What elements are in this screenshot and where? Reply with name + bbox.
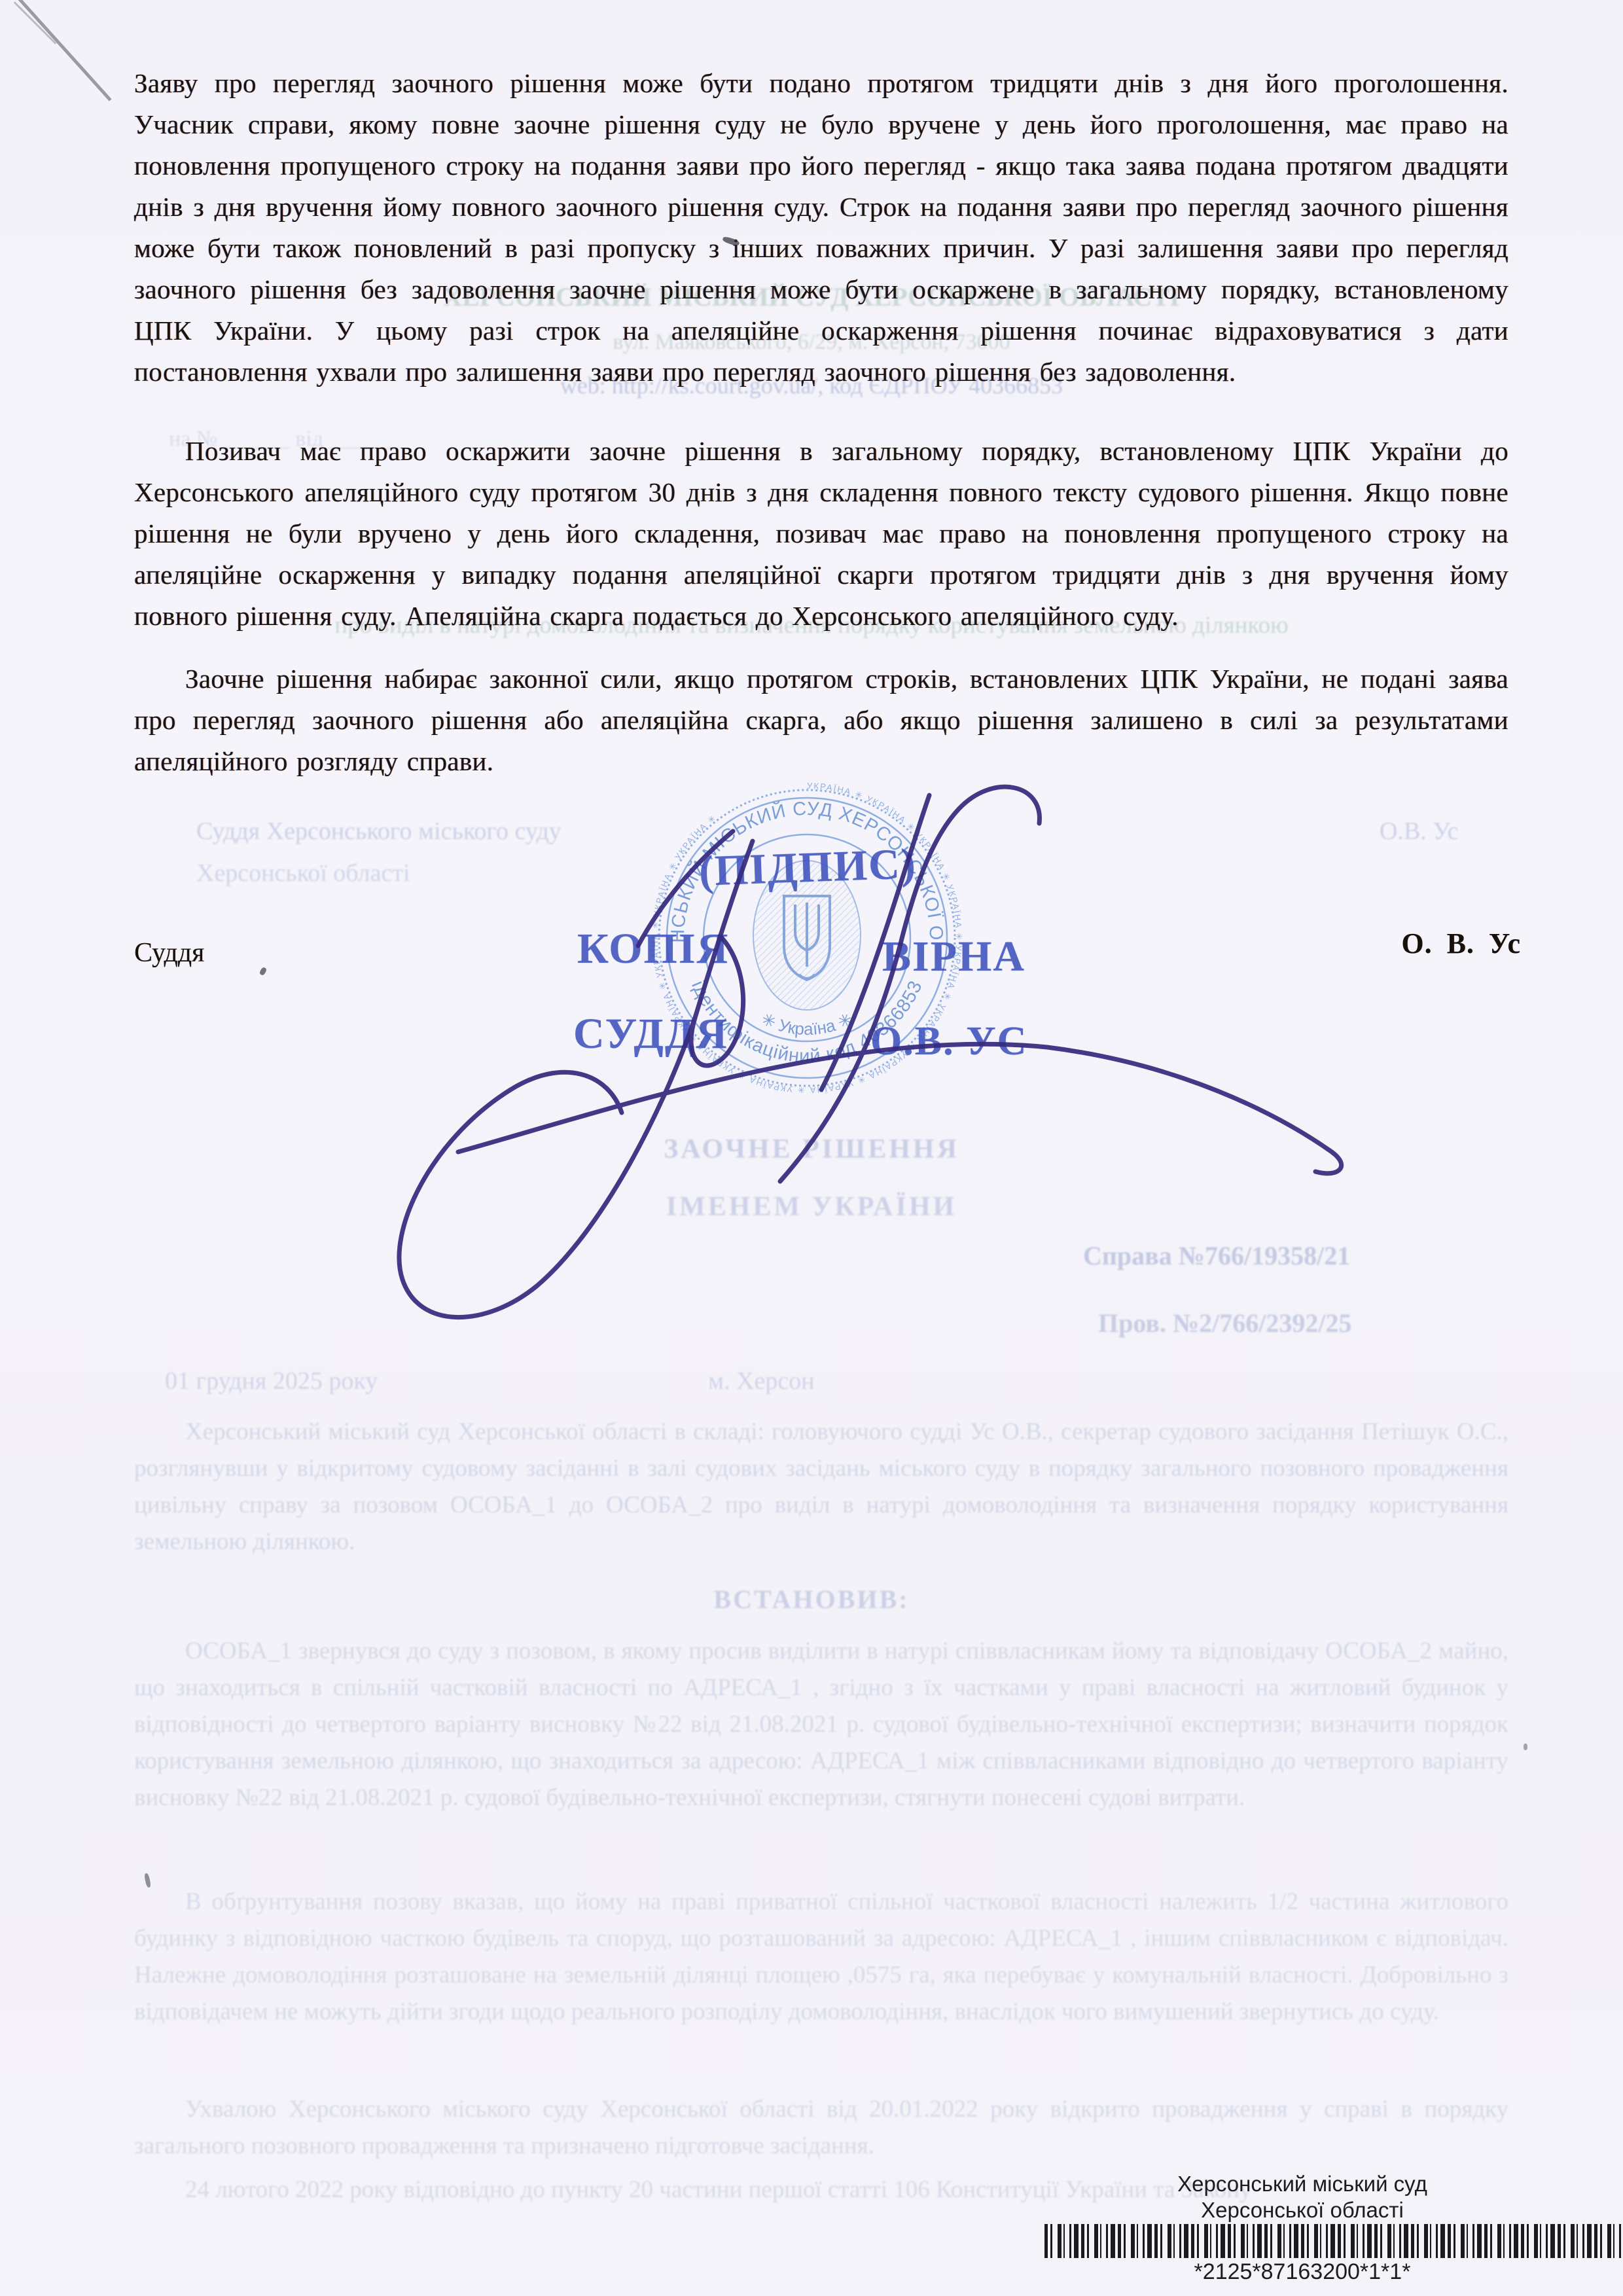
judge-label: Суддя xyxy=(134,937,204,969)
scan-scratch-mark-2 xyxy=(14,1,57,45)
paragraph-review-of-default-judgment: Заяву про перегляд заочного рішення може… xyxy=(134,63,1508,393)
judge-name: О. В. Ус xyxy=(1401,927,1521,960)
judge-signature-graphic xyxy=(249,746,1400,1388)
scanned-court-document-page: ХЕРСОНСЬКИЙ МІСЬКИЙ СУД ХЕРСОНСЬКОЇ ОБЛА… xyxy=(0,0,1623,2296)
paragraph-plaintiff-appeal-right: Позивач має право оскаржити заочне рішен… xyxy=(134,431,1508,637)
bleed-body-intro: Херсонський міський суд Херсонської обла… xyxy=(134,1414,1508,1560)
bleed-vstanoviv-heading: ВСТАНОВИВ: xyxy=(0,1584,1623,1615)
barcode-code-text: *2125*87163200*1*1* xyxy=(1073,2259,1531,2285)
bleed-body-claim: ОСОБА_1 звернувся до суду з позовом, в я… xyxy=(134,1633,1508,1816)
ink-speck-4 xyxy=(1524,1744,1527,1750)
barcode-graphic xyxy=(1044,2224,1623,2258)
scan-scratch-mark xyxy=(17,0,111,101)
bleed-body-ruling-open: Ухвалою Херсонського міського суду Херсо… xyxy=(134,2091,1508,2164)
bleed-body-grounds: В обґрунтування позову вказав, що йому н… xyxy=(134,1884,1508,2030)
barcode-court-name-line1: Херсонський міський суд xyxy=(1073,2172,1531,2197)
barcode-court-name-line2: Херсонської області xyxy=(1073,2198,1531,2223)
